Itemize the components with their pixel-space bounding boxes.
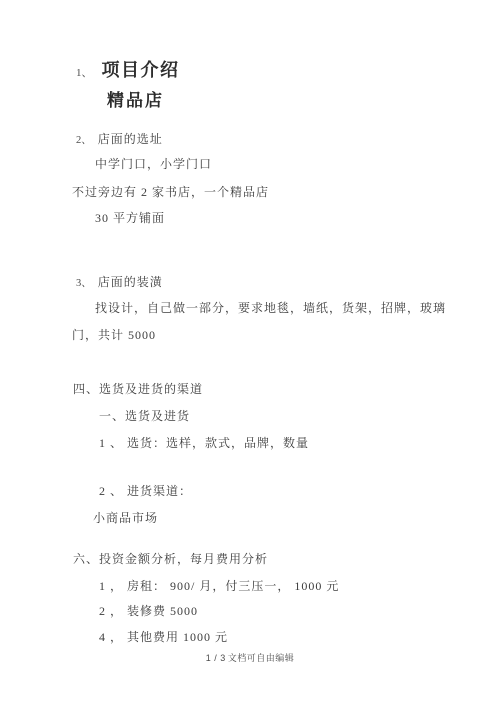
- section-6-line-1: 1 ， 房租： 900/ 月，付三压一， 1000 元: [99, 580, 339, 594]
- section-4-heading: 四、选货及进货的渠道: [73, 383, 203, 397]
- section-3-heading: 3、店面的装潢: [76, 276, 163, 290]
- page-number-indicator: 1 / 3: [206, 653, 226, 663]
- section-2-title: 店面的选址: [98, 132, 163, 146]
- section-2-line-1: 中学门口，小学门口: [95, 158, 212, 172]
- section-2-line-2: 不过旁边有 2 家书店，一个精品店: [72, 186, 269, 200]
- section-4-line-4: 小商品市场: [93, 512, 158, 526]
- section-6-heading: 六、投资金额分析，每月费用分析: [73, 553, 268, 567]
- page-title: 项目介绍: [102, 60, 180, 80]
- section-1-number: 1、: [76, 67, 93, 79]
- section-1-heading: 1、项目介绍: [76, 60, 180, 81]
- section-3-title: 店面的装潢: [98, 275, 163, 289]
- page-footer: 1 / 3文档可自由编辑: [0, 651, 500, 664]
- footer-note: 文档可自由编辑: [228, 653, 295, 663]
- section-4-line-1: 一、选货及进货: [99, 410, 190, 424]
- document-page: 1、项目介绍 精品店 2、店面的选址 中学门口，小学门口 不过旁边有 2 家书店…: [0, 0, 500, 708]
- section-2-line-3: 30 平方铺面: [95, 212, 165, 226]
- section-6-line-3: 4 ， 其他费用 1000 元: [99, 631, 228, 645]
- page-subtitle: 精品店: [107, 91, 164, 111]
- section-3-line-1: 找设计，自己做一部分，要求地毯，墙纸，货架，招牌，玻璃: [95, 302, 446, 316]
- section-2-heading: 2、店面的选址: [76, 133, 163, 147]
- section-3-number: 3、: [76, 278, 92, 289]
- section-6-line-2: 2 ， 装修费 5000: [99, 605, 198, 619]
- section-2-number: 2、: [76, 135, 92, 146]
- section-3-line-2: 门，共计 5000: [72, 329, 156, 343]
- section-4-line-2: 1 、 选货：选样，款式，品牌，数量: [99, 437, 309, 451]
- section-4-line-3: 2 、 进货渠道：: [99, 485, 192, 499]
